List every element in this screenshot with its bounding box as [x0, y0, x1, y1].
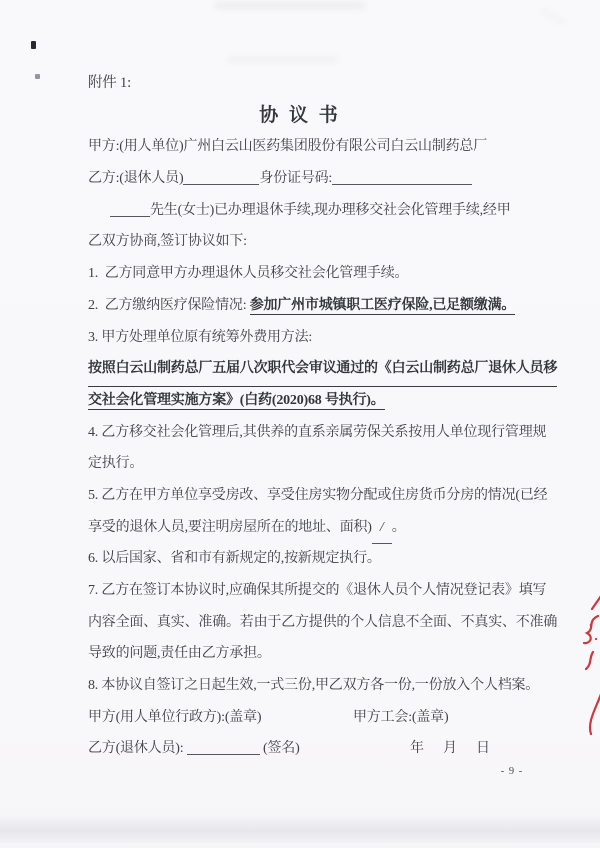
clause-8: 8. 本协议自签订之日起生效,一式三份,甲乙双方各一份,一份放入个人档案。 — [88, 670, 512, 702]
clause-3-answer-line-2: 交社会化管理实施方案》(白药(2020)68 号执行)。 — [88, 385, 512, 417]
intro-text-1: 先生(女士)已办理退休手续,现办理移交社会化管理手续,经甲 — [150, 203, 511, 218]
clause-2-answer: 参加广州市城镇职工医疗保险,已足额缴满。 — [250, 298, 516, 315]
clause-7-line-2: 内容全面、真实、准确。若由于乙方提供的个人信息不全面、不真实、不准确 — [88, 607, 512, 639]
signature-row-party-b: 乙方(退休人员): (签名)年 月 日 — [88, 733, 512, 765]
clause-2-label: 2. 乙方缴纳医疗保险情况: — [88, 298, 250, 313]
clause-3-answer-text-2: 交社会化管理实施方案》(白药(2020)68 号执行)。 — [88, 393, 385, 410]
scan-speck — [31, 41, 36, 49]
bleed-through-smudge — [228, 56, 338, 63]
signature-row-party-a: 甲方(用人单位行政方):(盖章)甲方工会:(盖章) — [88, 702, 512, 734]
date-label: 年 月 日 — [410, 733, 491, 765]
id-number-blank — [332, 169, 472, 185]
clause-6: 6. 以后国家、省和市有新规定的,按新规定执行。 — [88, 543, 512, 575]
id-number-label: 身份证号码: — [259, 171, 332, 186]
sign-name-label: (签名) — [260, 741, 300, 756]
party-a-union-seal-label: 甲方工会:(盖章) — [353, 702, 448, 734]
clause-5-period: 。 — [392, 520, 406, 535]
clause-5-slash-blank: / — [372, 512, 392, 545]
clause-5-line-1: 5. 乙方在甲方单位享受房改、享受住房实物分配或住房货币分房的情况(已经 — [88, 480, 512, 512]
clause-3-answer-text-1: 按照白云山制药总厂五届八次职代会审议通过的《白云山制药总厂退休人员移 — [88, 353, 557, 387]
clause-1: 1. 乙方同意甲方办理退休人员移交社会化管理手续。 — [88, 258, 512, 290]
clause-4-line-1: 4. 乙方移交社会化管理后,其供养的直系亲属劳保关系按用人单位现行管理规 — [88, 417, 512, 449]
agreement-document: 附件 1: 协 议 书 甲方:(用人单位)广州白云山医药集团股份有限公司白云山制… — [88, 68, 512, 765]
party-b-signature-blank — [187, 739, 260, 755]
scan-speck — [35, 74, 40, 79]
clause-2: 2. 乙方缴纳医疗保险情况: 参加广州市城镇职工医疗保险,已足额缴满。 — [88, 290, 512, 322]
red-ink-mark — [577, 582, 600, 742]
name-blank — [110, 201, 150, 217]
bleed-through-smudge — [215, 2, 365, 9]
party-b-line: 乙方:(退休人员)身份证号码: — [88, 163, 512, 195]
clause-7-line-1: 7. 乙方在签订本协议时,应确保其所提交的《退休人员个人情况登记表》填写 — [88, 575, 512, 607]
page-number: - 9 - — [492, 766, 532, 777]
intro-line-2: 乙双方协商,签订协议如下: — [88, 226, 512, 258]
attachment-label: 附件 1: — [88, 68, 512, 100]
party-b-name-blank — [183, 169, 259, 185]
scanned-page: 附件 1: 协 议 书 甲方:(用人单位)广州白云山医药集团股份有限公司白云山制… — [0, 0, 600, 848]
clause-5-text: 享受的退休人员,要注明房屋所在的地址、面积) — [88, 520, 372, 535]
scan-edge-shadow — [0, 815, 600, 843]
party-a-line: 甲方:(用人单位)广州白云山医药集团股份有限公司白云山制药总厂 — [88, 131, 512, 163]
clause-7-line-3: 导致的问题,责任由乙方承担。 — [88, 638, 512, 670]
clause-4-line-2: 定执行。 — [88, 448, 512, 480]
party-a-admin-seal-label: 甲方(用人单位行政方):(盖章) — [88, 710, 261, 725]
intro-line-1: 先生(女士)已办理退休手续,现办理移交社会化管理手续,经甲 — [88, 195, 512, 227]
clause-3-answer-line-1: 按照白云山制药总厂五届八次职代会审议通过的《白云山制药总厂退休人员移 — [88, 353, 512, 385]
clause-3: 3. 甲方处理单位原有统筹外费用方法: — [88, 322, 512, 354]
clause-5-line-2: 享受的退休人员,要注明房屋所在的地址、面积)/。 — [88, 512, 512, 544]
document-title: 协 议 书 — [88, 100, 512, 132]
party-b-sign-label: 乙方(退休人员): — [88, 741, 187, 756]
party-b-label: 乙方:(退休人员) — [88, 171, 183, 186]
bleed-through-smudge — [540, 8, 565, 25]
